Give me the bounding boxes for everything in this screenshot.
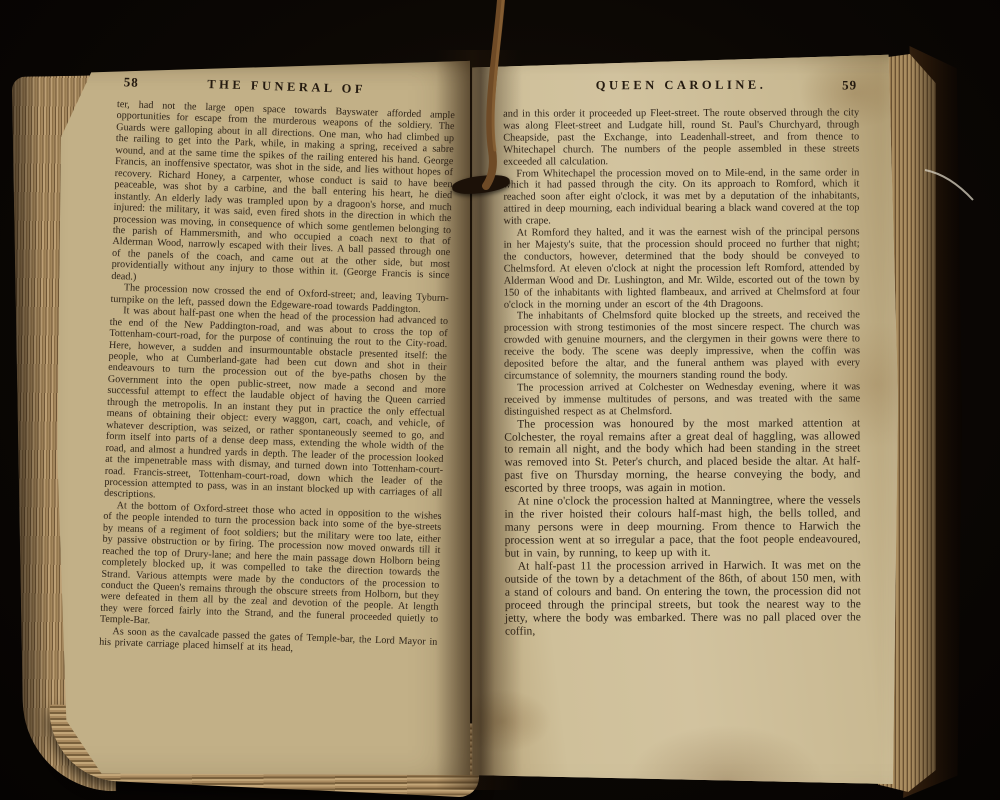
paragraph: The procession was honoured by the most … xyxy=(504,417,860,496)
left-page-number: 58 xyxy=(123,74,139,90)
paragraph: At half-past 11 the procession arrived i… xyxy=(505,559,861,638)
photo-of-open-book: 58 THE FUNERAL OF ter, had not the large… xyxy=(0,0,1000,800)
paragraph: The inhabitants of Chelmsford quite bloc… xyxy=(504,310,860,383)
left-page: 58 THE FUNERAL OF ter, had not the large… xyxy=(56,58,470,778)
paragraph: From Whitechapel the procession moved on… xyxy=(503,167,859,228)
right-page: QUEEN CAROLINE. 59 and in this order it … xyxy=(468,48,898,796)
left-running-head: 58 THE FUNERAL OF xyxy=(117,74,455,101)
paragraph: At the bottom of Oxford-street those who… xyxy=(100,500,442,637)
right-running-head: QUEEN CAROLINE. 59 xyxy=(503,77,859,94)
right-page-content: QUEEN CAROLINE. 59 and in this order it … xyxy=(503,77,861,638)
paragraph: It was about half-past one when the head… xyxy=(104,305,448,511)
paragraph: and in this order it proceeded up Fleet-… xyxy=(503,107,859,168)
right-running-header-title: QUEEN CAROLINE. xyxy=(596,78,767,93)
left-running-header-title: THE FUNERAL OF xyxy=(207,77,366,96)
paragraph: ter, had not the large open space toward… xyxy=(111,99,455,293)
right-page-number: 59 xyxy=(842,77,857,93)
left-page-content: 58 THE FUNERAL OF ter, had not the large… xyxy=(99,74,456,660)
right-body-text: and in this order it proceeded up Fleet-… xyxy=(503,107,861,638)
left-body-text: ter, had not the large open space toward… xyxy=(99,99,455,660)
paragraph: At nine o'clock the procession halted at… xyxy=(504,495,860,561)
paragraph: The procession arrived at Colchester on … xyxy=(504,381,860,418)
paragraph: At Romford they halted, and it was the e… xyxy=(504,226,860,311)
